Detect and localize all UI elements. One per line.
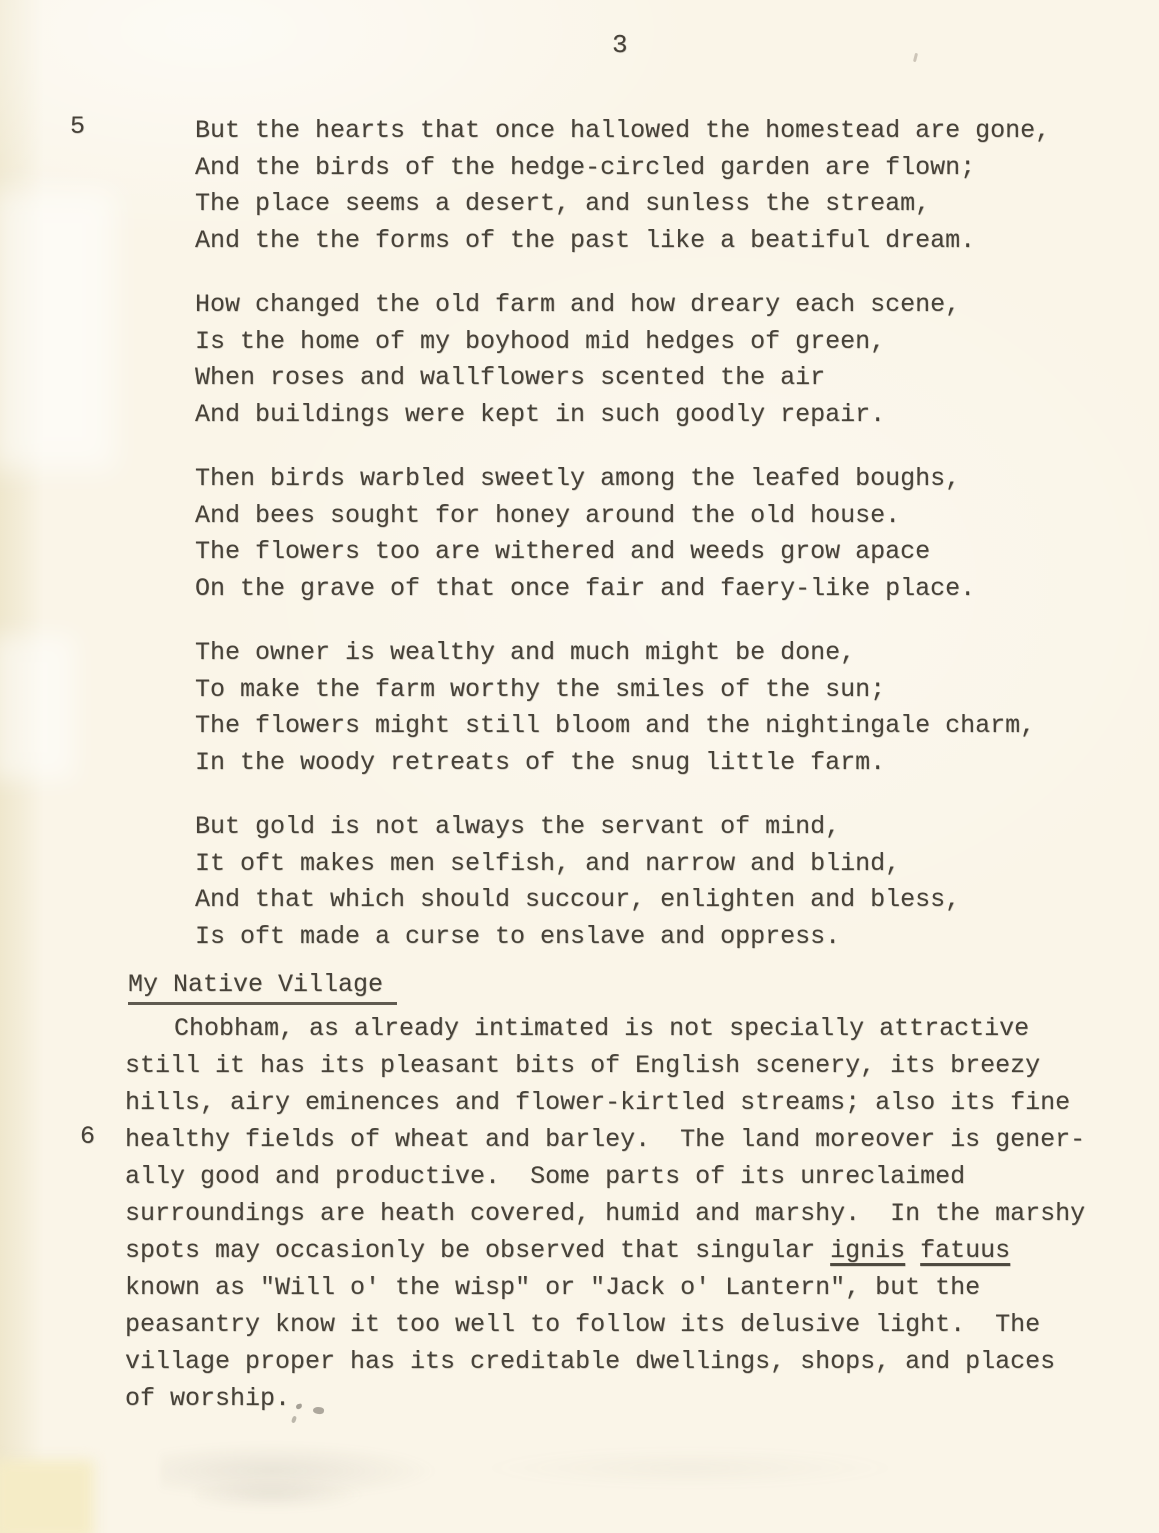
document-page: 3 5 6 But the hearts that once hallowed … — [0, 0, 1159, 1533]
poem-line: To make the farm worthy the smiles of th… — [195, 672, 1050, 709]
poem-line: And bees sought for honey around the old… — [195, 498, 1050, 535]
prose-line: known as "Will o' the wisp" or "Jack o' … — [125, 1269, 1115, 1306]
latin-term-ignis: ignis — [830, 1236, 905, 1265]
paper-smudge — [160, 1442, 440, 1500]
page-number: 3 — [612, 30, 628, 60]
poem-line: And the the forms of the past like a bea… — [195, 223, 1050, 260]
prose-line: ally good and productive. Some parts of … — [125, 1158, 1115, 1195]
poem-line: On the grave of that once fair and faery… — [195, 571, 1050, 608]
poem-line: But the hearts that once hallowed the ho… — [195, 113, 1050, 150]
poem-stanza-4: The owner is wealthy and much might be d… — [195, 635, 1050, 781]
prose-line: surroundings are heath covered, humid an… — [125, 1195, 1115, 1232]
latin-term-fatuus: fatuus — [920, 1236, 1010, 1265]
prose-paragraph: Chobham, as already intimated is not spe… — [125, 1010, 1115, 1417]
margin-marker-5: 5 — [70, 112, 85, 141]
poem-stanza-2: How changed the old farm and how dreary … — [195, 287, 1050, 433]
poem-line: The flowers might still bloom and the ni… — [195, 708, 1050, 745]
poem-line: And that which should succour, enlighten… — [195, 882, 1050, 919]
poem-line: And the birds of the hedge-circled garde… — [195, 150, 1050, 187]
section-heading-wrap: My Native Village — [128, 970, 397, 1005]
prose-text: spots may occasionly be observed that si… — [125, 1236, 830, 1265]
prose-line: peasantry know it too well to follow its… — [125, 1306, 1115, 1343]
prose-line: Chobham, as already intimated is not spe… — [125, 1010, 1115, 1047]
paper-light-band — [0, 190, 115, 470]
poem-line: Is oft made a curse to enslave and oppre… — [195, 919, 1050, 956]
section-heading: My Native Village — [128, 970, 397, 1005]
poem-stanza-3: Then birds warbled sweetly among the lea… — [195, 461, 1050, 607]
poem-line: When roses and wallflowers scented the a… — [195, 360, 1050, 397]
word-space — [905, 1236, 920, 1265]
paper-smudge — [195, 1478, 365, 1512]
poem-line: Is the home of my boyhood mid hedges of … — [195, 324, 1050, 361]
ink-speck — [913, 53, 918, 62]
poem-stanza-1: But the hearts that once hallowed the ho… — [195, 113, 1050, 259]
paper-light-band — [0, 635, 75, 780]
poem-line: In the woody retreats of the snug little… — [195, 745, 1050, 782]
poem-line: How changed the old farm and how dreary … — [195, 287, 1050, 324]
poem-line: The place seems a desert, and sunless th… — [195, 186, 1050, 223]
prose-line: hills, airy eminences and flower-kirtled… — [125, 1084, 1115, 1121]
prose-line: of worship. — [125, 1380, 1115, 1417]
poem-line: The flowers too are withered and weeds g… — [195, 534, 1050, 571]
prose-line: still it has its pleasant bits of Englis… — [125, 1047, 1115, 1084]
poem: But the hearts that once hallowed the ho… — [195, 113, 1050, 983]
prose-line: village proper has its creditable dwelli… — [125, 1343, 1115, 1380]
paper-smudge — [480, 1448, 900, 1488]
poem-line: It oft makes men selfish, and narrow and… — [195, 846, 1050, 883]
poem-line: But gold is not always the servant of mi… — [195, 809, 1050, 846]
poem-line: The owner is wealthy and much might be d… — [195, 635, 1050, 672]
prose-line: healthy fields of wheat and barley. The … — [125, 1121, 1115, 1158]
prose-line-ignis-fatuus: spots may occasionly be observed that si… — [125, 1232, 1115, 1269]
paper-stain — [0, 1460, 94, 1533]
poem-line: Then birds warbled sweetly among the lea… — [195, 461, 1050, 498]
poem-line: And buildings were kept in such goodly r… — [195, 397, 1050, 434]
margin-marker-6: 6 — [80, 1122, 95, 1151]
poem-stanza-5: But gold is not always the servant of mi… — [195, 809, 1050, 955]
